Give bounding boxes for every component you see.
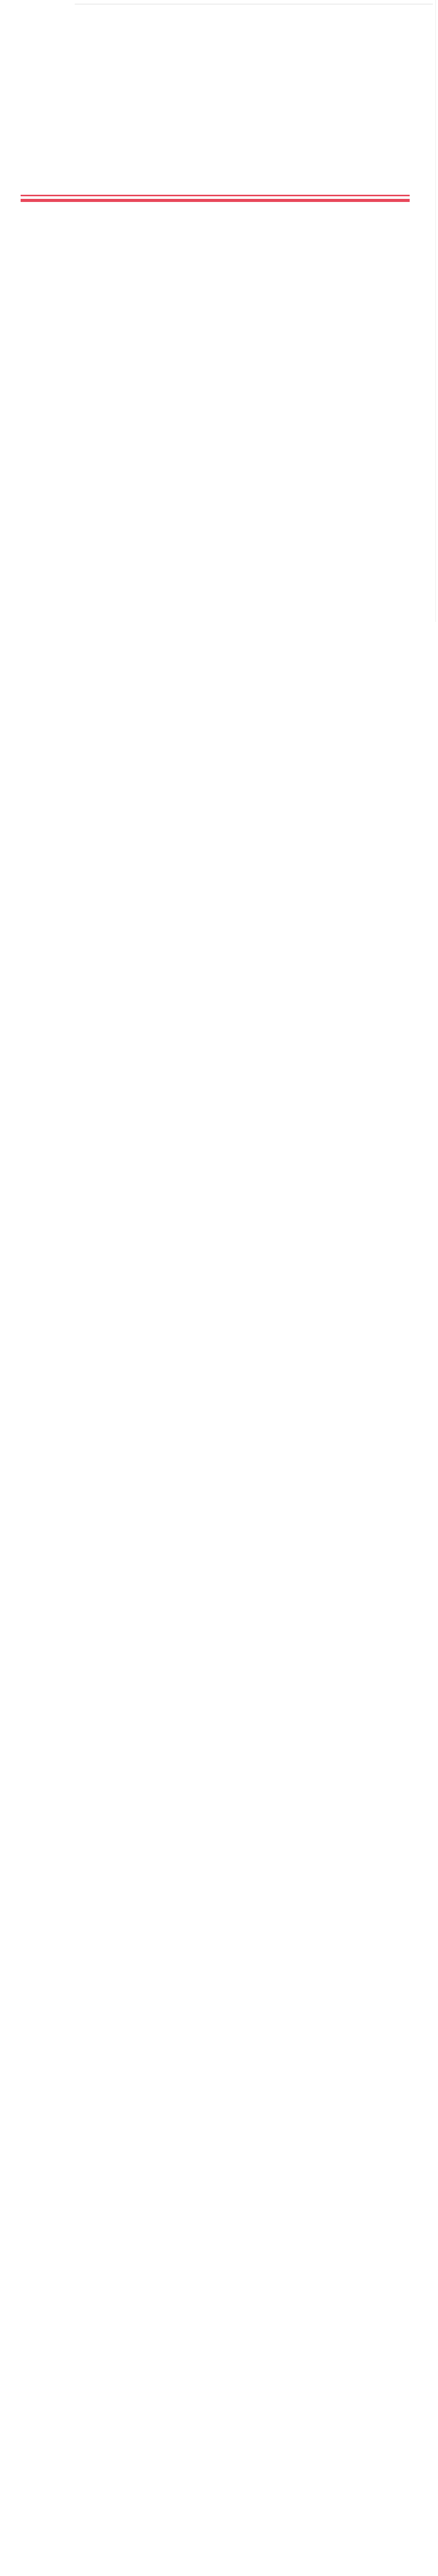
red-divider-thick <box>21 199 410 202</box>
scan-edge-line <box>75 4 433 5</box>
red-divider-thin <box>21 195 410 196</box>
page-edge <box>435 0 436 622</box>
page-1 <box>0 0 438 622</box>
